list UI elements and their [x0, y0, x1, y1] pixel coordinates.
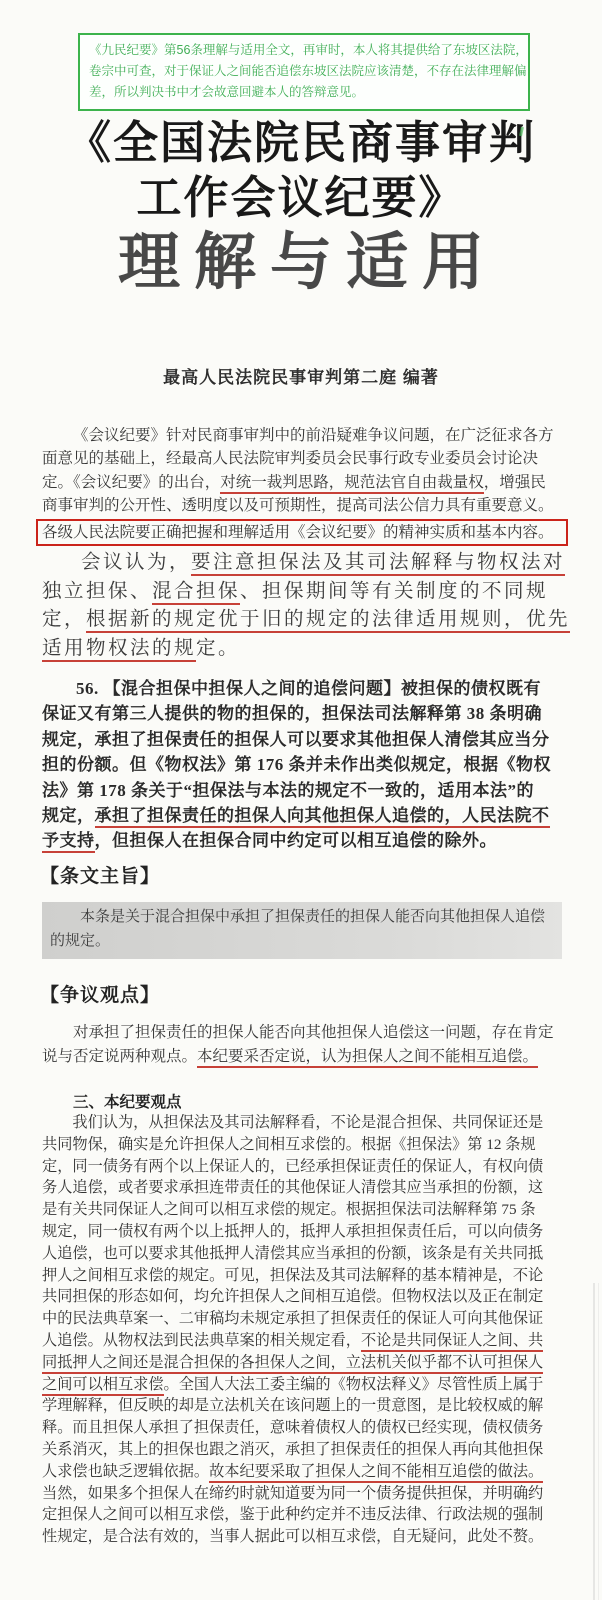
text-segment: 共同担保的形态如何，均允许担保人之间相互追偿。但物权法以及正在制定 [42, 1288, 543, 1305]
text-line: 本条是关于混合担保中承担了担保责任的担保人能否向其他担保人追偿 [50, 906, 554, 930]
text-line: 人追偿。从物权法到民法典草案的相关规定看，不论是共同保证人之间、共 [42, 1330, 566, 1352]
text-segment: ，但担保人在担保合同中约定可以相互追偿的除外。 [95, 831, 498, 850]
scan-edge-line [593, 1283, 595, 1600]
red-underline-annotation: 对统一裁判思路，规范法官自由裁量权 [220, 474, 484, 494]
text-segment: 法》第 178 条关于“担保法与本法的规定不一致的，适用本法”的 [42, 781, 534, 800]
intro-paragraph: 《会议纪要》针对民商事审判中的前沿疑难争议问题，在广泛征求各方面意见的基础上，经… [42, 424, 562, 546]
text-segment: 56. 【混合担保中担保人之间的追偿问题】被担保的债权既有 [76, 679, 541, 698]
text-segment: 担的份额。但《物权法》第 176 条并未作出类似规定，根据《物权 [42, 755, 551, 774]
text-line: 面意见的基础上，经最高人民法院审判委员会民事行政专业委员会讨论决 [42, 447, 562, 470]
text-line: 务人追偿，或者要求承担连带责任的其他保证人清偿其应当承担的份额，这 [42, 1177, 566, 1199]
text-line: 独立担保、混合担保、担保期间等有关制度的不同规 [42, 578, 582, 607]
text-segment: 规定，同一债权有两个以上抵押人的，抵押人承担担保责任后，可以向债务 [42, 1223, 543, 1240]
text-line: 关系消灭，其上的担保也跟之消灭，承担了担保责任的担保人再向其他担保 [42, 1439, 566, 1461]
red-underline-annotation: 本纪要采否定说，认为担保人之间不能相互追偿。 [197, 1048, 538, 1068]
text-segment: 人追偿，也可以要求其他抵押人清偿其应当承担的份额，该条是有关共同抵 [42, 1245, 543, 1262]
section-heading-zhengyi-guandian: 【争议观点】 [40, 980, 340, 1007]
text-segment: 定。《会议纪要》的出台， [42, 474, 220, 491]
book-title-line-1: 《全国法院民商事审判 [0, 116, 602, 170]
text-segment: 商事审判的公开性、透明度以及可预期性，提高司法公信力具有重要意义。 [42, 497, 554, 514]
text-segment: 《会议纪要》针对民商事审判中的前沿疑难争议问题，在广泛征求各方 [73, 427, 554, 444]
red-underline-annotation: 要注意担保法及其司法解释与物权法对 [191, 552, 565, 576]
text-segment: 独立担保、 [42, 581, 152, 602]
text-line: 卷宗中可查，对于保证人之间能否追偿东坡区法院应该清楚，不存在法律理解偏 [89, 61, 519, 82]
red-underline-annotation: 承担了担保责任的担保人向其他担保人追偿的，人民法院不 [95, 806, 550, 828]
text-segment: 面意见的基础上，经最高人民法院审判委员会民事行政专业委员会讨论决 [42, 450, 538, 467]
text-line: 规定，同一债权有两个以上抵押人的，抵押人承担担保责任后，可以向债务 [42, 1221, 566, 1243]
red-underline-annotation: 不论是共同保证人之间、共 [361, 1332, 543, 1352]
text-segment: 规定，承担了担保责任的担保人可以要求其他担保人清偿其应当分 [42, 730, 550, 749]
text-line: 定，根据新的规定优于旧的规定的法律适用规则，优先 [42, 606, 582, 635]
scan-edge-line [598, 1283, 599, 1600]
text-segment: 会议认为， [81, 552, 191, 573]
text-segment: 定。 [196, 638, 240, 659]
text-line: 押人之间相互求偿的规定。可见，担保法及其司法解释的基本精神是，不论 [42, 1265, 566, 1287]
text-segment: 各级人民法院要正确把握和理解适用《会议纪要》的精神实质和基本内容。 [42, 524, 554, 541]
text-segment: 务人追偿，或者要求承担连带责任的其他保证人清偿其应当承担的份额，这 [42, 1179, 543, 1196]
red-underline-annotation: 根据新的规定优于旧的规定的法律适用规则，优先 [86, 609, 570, 633]
text-line: 之间可以相互求偿。全国人大法工委主编的《物权法释义》尽管性质上属于 [42, 1374, 566, 1396]
text-line: 对承担了担保责任的担保人能否向其他担保人追偿这一问题，存在肯定 [42, 1021, 564, 1045]
text-line: 规定，承担了担保责任的担保人可以要求其他担保人清偿其应当分 [42, 727, 568, 752]
meeting-view-paragraph: 会议认为，要注意担保法及其司法解释与物权法对独立担保、混合担保、担保期间等有关制… [42, 549, 582, 663]
text-line: 学理解释，但反映的却是立法机关在该问题上的一贯意图，是比较权威的解 [42, 1395, 566, 1417]
text-segment: 对承担了担保责任的担保人能否向其他担保人追偿这一问题，存在肯定 [73, 1024, 554, 1041]
author-line: 最高人民法院民事审判第二庭 编著 [0, 363, 602, 388]
red-underline-annotation: 同抵押人之间还是混合担保的各担保人之间， [42, 1354, 346, 1374]
text-segment: ，增强民 [484, 474, 546, 491]
text-line: 释。而且担保人承担了担保责任，意味着债权人的债权已经实现，债权债务 [42, 1417, 566, 1439]
text-segment: 性规定，是合法有效的，当事人据此可以相互求偿，自无疑问，此处不赘。 [42, 1528, 543, 1545]
viewpoint-paragraph: 我们认为，从担保法及其司法解释看，不论是混合担保、共同保证还是共同物保，确实是允… [42, 1112, 566, 1548]
text-line: 定。《会议纪要》的出台，对统一裁判思路，规范法官自由裁量权，增强民 [42, 471, 562, 494]
text-line: 当然，如果多个担保人在缔约时就知道要为同一个债务提供担保，并明确约 [42, 1483, 566, 1505]
text-segment: 定， [42, 609, 86, 630]
text-line: 担的份额。但《物权法》第 176 条并未作出类似规定，根据《物权 [42, 752, 568, 777]
text-segment: 我们认为，从担保法及其司法解释看，不论是混合担保、共同保证还是 [72, 1114, 543, 1131]
text-line: 人求偿也缺乏逻辑依据。故本纪要采取了担保人之间不能相互追偿的做法。 [42, 1461, 566, 1483]
text-segment: 规定， [42, 806, 95, 825]
text-segment: 。全国人大法工委主编的《物权法释义》尽管性质上属于 [164, 1376, 544, 1393]
text-segment: 关系消灭，其上的担保也跟之消灭，承担了担保责任的担保人再向其他担保 [42, 1441, 543, 1458]
text-line: 予支持，但担保人在担保合同中约定可以相互追偿的除外。 [42, 828, 568, 853]
text-segment: 人求偿也缺乏逻辑依据。 [42, 1463, 209, 1480]
red-underline-annotation: 适用物权法的规 [42, 638, 196, 662]
section-heading-tiaowen-zhuzhi: 【条文主旨】 [40, 861, 340, 888]
red-underline-annotation: 混合担保 [152, 581, 240, 605]
viewpoint-heading: 三、本纪要观点 [42, 1090, 562, 1112]
text-line: 会议认为，要注意担保法及其司法解释与物权法对 [42, 549, 582, 578]
text-line: 差，所以判决书中才会故意回避本人的答辩意见。 [89, 82, 519, 103]
text-line: 共同担保的形态如何，均允许担保人之间相互追偿。但物权法以及正在制定 [42, 1286, 566, 1308]
text-segment: 定担保人之间可以相互求偿，鉴于此种约定并不违反法律、行政法规的强制 [42, 1506, 543, 1523]
text-line: 保证又有第三人提供的物的担保的，担保法司法解释第 38 条明确 [42, 701, 568, 726]
text-segment: 释。而且担保人承担了担保责任，意味着债权人的债权已经实现，债权债务 [42, 1419, 543, 1436]
text-line: 同抵押人之间还是混合担保的各担保人之间，立法机关似乎都不认可担保人 [42, 1352, 566, 1374]
text-line: 人追偿，也可以要求其他抵押人清偿其应当承担的份额，该条是有关共同抵 [42, 1243, 566, 1265]
scanned-document-page: 《九民纪要》第56条理解与适用全文，再审时，本人将其提供给了东坡区法院，卷宗中可… [0, 0, 602, 1600]
red-underline-annotation: 之间可以相互求偿 [42, 1376, 164, 1396]
text-line: 是有关共同保证人之间可以相互求偿的规定。根据担保法司法解释第 75 条 [42, 1199, 566, 1221]
text-line: 定担保人之间可以相互求偿，鉴于此种约定并不违反法律、行政法规的强制 [42, 1504, 566, 1526]
book-title-line-2: 工作会议纪要》 [0, 171, 602, 225]
text-segment: 是有关共同保证人之间可以相互求偿的规定。根据担保法司法解释第 75 条 [42, 1201, 536, 1218]
red-box-annotation-line: 各级人民法院要正确把握和理解适用《会议纪要》的精神实质和基本内容。 [36, 519, 568, 546]
annotation-note-green-box: 《九民纪要》第56条理解与适用全文，再审时，本人将其提供给了东坡区法院，卷宗中可… [78, 33, 530, 111]
text-segment: 学理解释，但反映的却是立法机关在该问题上的一贯意图，是比较权威的解 [42, 1397, 543, 1414]
gist-highlighted-block: 本条是关于混合担保中承担了担保责任的担保人能否向其他担保人追偿的规定。 [42, 902, 562, 959]
text-line: 法》第 178 条关于“担保法与本法的规定不一致的，适用本法”的 [42, 778, 568, 803]
text-segment: 、担保期间等有关制度的不同规 [240, 581, 548, 602]
text-line: 我们认为，从担保法及其司法解释看，不论是混合担保、共同保证还是 [42, 1112, 566, 1134]
text-segment: 本条是关于混合担保中承担了担保责任的担保人能否向其他担保人追偿 [80, 909, 545, 925]
text-segment: 说与否定说两种观点。 [42, 1048, 197, 1065]
text-line: 定，同一债务有两个以上保证人的，已经承担保证责任的保证人，有权向债 [42, 1156, 566, 1178]
red-underline-annotation: 予支持 [42, 831, 95, 853]
text-segment: 人追偿。从物权法到民法典草案的相关规定看， [42, 1332, 361, 1349]
dispute-paragraph: 对承担了担保责任的担保人能否向其他担保人追偿这一问题，存在肯定说与否定说两种观点… [42, 1021, 564, 1068]
text-line: 适用物权法的规定。 [42, 635, 582, 664]
text-line: 《会议纪要》针对民商事审判中的前沿疑难争议问题，在广泛征求各方 [42, 424, 562, 447]
red-underline-annotation: 故本纪要采取了担保人之间不能相互追偿的做法。 [209, 1463, 543, 1483]
book-subtitle: 理解与适用 [0, 226, 602, 300]
text-segment: 定，同一债务有两个以上保证人的，已经承担保证责任的保证人，有权向债 [42, 1158, 543, 1175]
text-line: 商事审判的公开性、透明度以及可预期性，提高司法公信力具有重要意义。 [42, 494, 562, 517]
article-56-paragraph: 56. 【混合担保中担保人之间的追偿问题】被担保的债权既有保证又有第三人提供的物… [42, 676, 568, 854]
text-line: 《九民纪要》第56条理解与适用全文，再审时，本人将其提供给了东坡区法院， [89, 40, 519, 61]
text-segment: 保证又有第三人提供的物的担保的，担保法司法解释第 38 条明确 [42, 704, 542, 723]
text-line: 规定，承担了担保责任的担保人向其他担保人追偿的，人民法院不 [42, 803, 568, 828]
text-segment: 押人之间相互求偿的规定。可见，担保法及其司法解释的基本精神是，不论 [42, 1267, 543, 1284]
text-line: 56. 【混合担保中担保人之间的追偿问题】被担保的债权既有 [42, 676, 568, 701]
red-underline-annotation: 立法机关似乎都不认可担保人 [346, 1354, 543, 1374]
text-line: 共同物保，确实是允许担保人之间相互求偿的。根据《担保法》第 12 条规 [42, 1134, 566, 1156]
text-line: 性规定，是合法有效的，当事人据此可以相互求偿，自无疑问，此处不赘。 [42, 1526, 566, 1548]
text-segment: 的规定。 [50, 933, 110, 949]
text-line: 的规定。 [50, 930, 554, 954]
text-line: 说与否定说两种观点。本纪要采否定说，认为担保人之间不能相互追偿。 [42, 1045, 564, 1069]
text-segment: 共同物保，确实是允许担保人之间相互求偿的。根据《担保法》第 12 条规 [42, 1136, 536, 1153]
text-line: 中的民法典草案一、二审稿均未规定承担了担保责任的保证人可向其他保证 [42, 1308, 566, 1330]
text-segment: 当然，如果多个担保人在缔约时就知道要为同一个债务提供担保，并明确约 [42, 1485, 543, 1502]
text-segment: 中的民法典草案一、二审稿均未规定承担了担保责任的保证人可向其他保证 [42, 1310, 543, 1327]
